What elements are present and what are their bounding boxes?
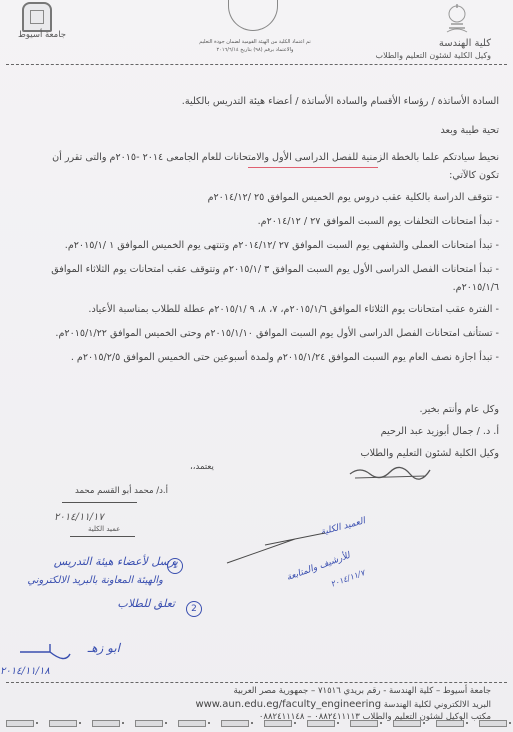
header-accreditation-line-1: تم اعتماد الكلية من الهيئة القومية لضمان… [185, 39, 325, 45]
strip-chip-icon [479, 720, 507, 727]
accreditation-seal-icon [228, 0, 278, 31]
letter-intro-line-2: تكون كالآتي: [449, 170, 499, 181]
footer-email-label: البريد الالكتروني لكلية الهندسة [384, 700, 491, 710]
strip-chip-icon [178, 720, 206, 727]
handwritten-item-2-marker: 2 [186, 596, 202, 617]
handwritten-item-1-line-1: يرسل لأعضاء هيئة التدريس [0, 555, 178, 568]
strip-chip-icon [6, 720, 34, 727]
schedule-item: - تتوقف الدراسة بالكلية عقب دروس يوم الخ… [208, 192, 499, 203]
schedule-item-continuation: ٢٠١٥/١/٦م. [453, 282, 499, 293]
bottom-chip-strip [6, 720, 507, 728]
strip-chip-icon [221, 720, 249, 727]
strip-chip-icon [49, 720, 77, 727]
strip-chip-icon [436, 720, 464, 727]
letter-closing: وكل عام وأنتم بخير. [419, 404, 499, 415]
footer-email-row: www.aun.edu.eg/faculty_engineering البري… [195, 699, 491, 710]
approval-label: يعتمد،، [190, 462, 214, 472]
strip-chip-icon [307, 720, 335, 727]
footer-divider [6, 682, 507, 683]
strip-chip-icon [393, 720, 421, 727]
header-office-name: وكيل الكلية لشئون التعليم والطلاب [376, 51, 491, 60]
item-2-number: 2 [186, 601, 202, 617]
dean-title-line [70, 536, 135, 537]
schedule-item: - الفترة عقب امتحانات يوم الثلاثاء الموا… [88, 304, 499, 315]
dean-title: عميد الكلية [88, 525, 120, 533]
header-university-name: جامعة أسيوط [18, 30, 66, 40]
handwritten-item-1-line-2: والهيئة المعاونة بالبريد الالكتروني [0, 575, 163, 586]
schedule-item: - تبدأ اجازة نصف العام يوم السبت الموافق… [71, 352, 499, 363]
signer-name: أ. د. / جمال أبوزيد عبد الرحيم [381, 426, 499, 437]
strip-chip-icon [350, 720, 378, 727]
strip-chip-icon [92, 720, 120, 727]
schedule-item: - تستأنف امتحانات الفصل الدراسى الأول يو… [55, 328, 499, 339]
signer-signature-icon [345, 462, 435, 484]
dean-name: أ.د/ محمد أبو القسم محمد [75, 486, 168, 496]
scanned-letter-page: كلية الهندسة وكيل الكلية لشئون التعليم و… [0, 0, 513, 732]
letter-addressee: السادة الأساتذة / رؤساء الأقسام والسادة … [182, 96, 499, 107]
handwritten-arrow-icon [225, 525, 335, 565]
dean-handwritten-date: ٢٠١٤/١١/١٧ [54, 512, 104, 523]
header-faculty-name: كلية الهندسة [439, 38, 491, 49]
signer-title: وكيل الكلية لشئون التعليم والطلاب [361, 448, 499, 459]
schedule-item: - تبدأ امتحانات التخلفات يوم السبت الموا… [258, 216, 499, 227]
letter-greeting: تحية طيبة وبعد [440, 125, 499, 136]
header-divider [6, 64, 507, 65]
header-accreditation-line-2: والاعتماد برقم (٩٨) بتاريخ ٢٠١٦/٦/١٤ [185, 47, 325, 53]
strip-chip-icon [135, 720, 163, 727]
handwritten-note-center-date: ٢٠١٤/١١/٧ [330, 568, 366, 589]
red-pen-underline [248, 167, 378, 168]
handwritten-signature-date: ٢٠١٤/١١/١٨ [0, 666, 50, 677]
footer-address: جامعة أسيوط – كلية الهندسة - رقم بريدي ٧… [234, 686, 491, 696]
schedule-item: - تبدأ امتحانات الفصل الدراسى الأول يوم … [51, 264, 499, 275]
strip-chip-icon [264, 720, 292, 727]
handwritten-item-2-text: تعلق للطلاب [30, 597, 175, 610]
footer-url-link[interactable]: www.aun.edu.eg/faculty_engineering [195, 699, 381, 710]
letter-intro-line-1: نحيط سيادتكم علما بالخطة الزمنية للفصل ا… [52, 152, 499, 163]
faculty-logo-icon [439, 2, 473, 36]
dean-signature-line [62, 502, 137, 503]
university-logo-icon [22, 2, 52, 32]
schedule-item: - تبدأ امتحانات العملى والشفهى يوم السبت… [65, 240, 499, 251]
